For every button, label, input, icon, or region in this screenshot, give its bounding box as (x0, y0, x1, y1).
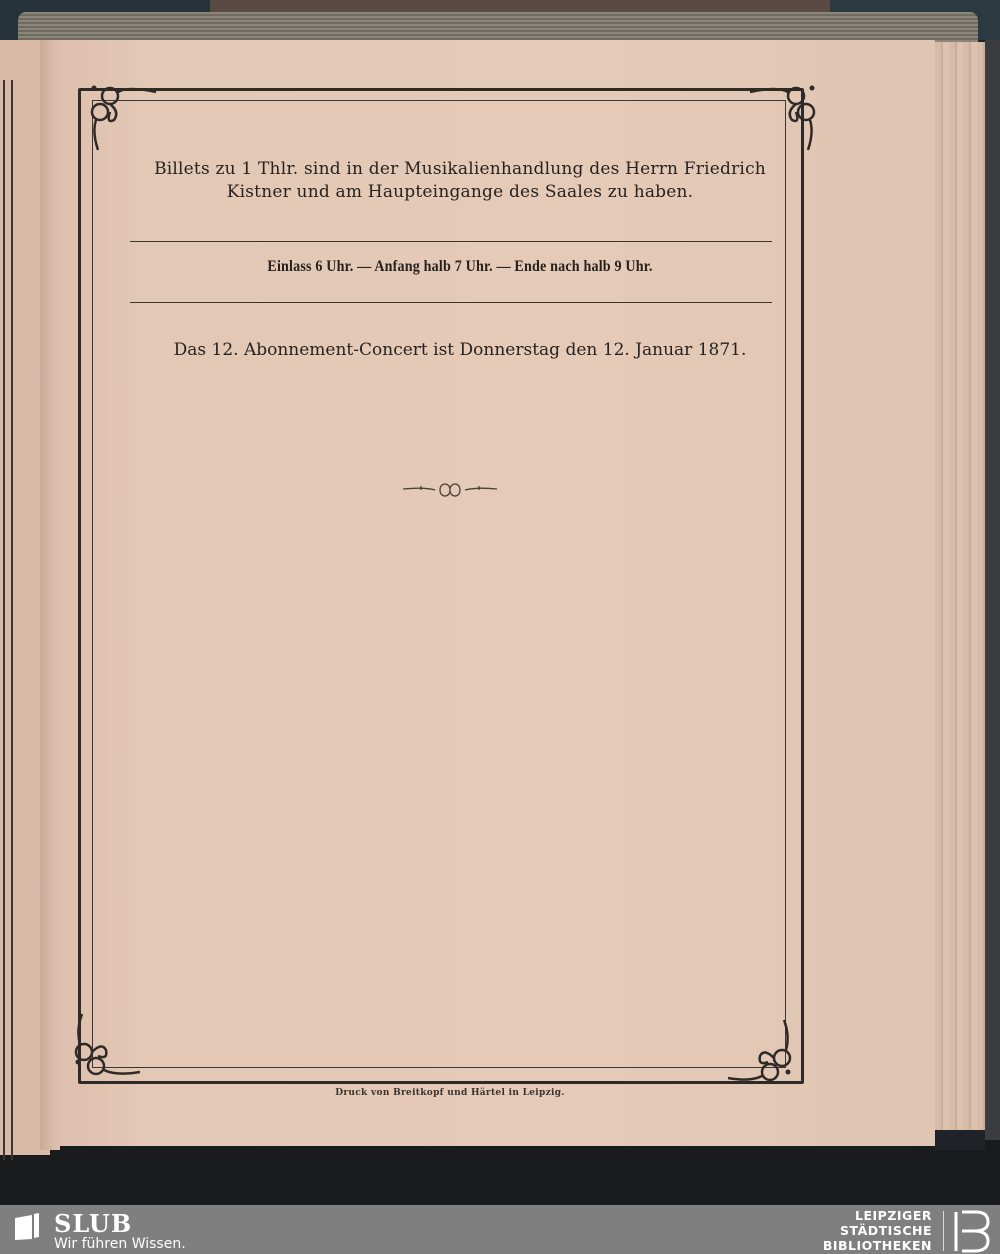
page-fore-edges (935, 42, 985, 1142)
scanned-book-photo: Billets zu 1 Thlr. sind in der Musikalie… (0, 0, 1000, 1205)
divider-rule (130, 241, 772, 242)
background-edge (985, 40, 1000, 1160)
slub-tagline: Wir führen Wissen. (54, 1236, 186, 1252)
flourish-corner-top-left-icon (88, 82, 158, 152)
footer-bar: SLUB Wir führen Wissen. LEIPZIGER STÄDTI… (0, 1205, 1000, 1254)
left-page-frame-line (3, 80, 5, 1160)
brand-separator (943, 1211, 944, 1251)
divider-rule (130, 302, 772, 303)
brand-line: BIBLIOTHEKEN (823, 1238, 932, 1253)
slub-logo-icon (14, 1213, 40, 1241)
brand-line: LEIPZIGER (823, 1208, 932, 1223)
flourish-corner-bottom-right-icon (728, 1018, 798, 1088)
printer-imprint: Druck von Breitkopf und Härtel in Leipzi… (280, 1088, 620, 1098)
decorative-frame-inner (92, 100, 786, 1068)
leipzig-libraries-brand: LEIPZIGER STÄDTISCHE BIBLIOTHEKEN (823, 1208, 932, 1253)
next-concert-notice: Das 12. Abonnement-Concert ist Donnersta… (120, 340, 800, 360)
brand-line: STÄDTISCHE (823, 1223, 932, 1238)
flourish-corner-top-right-icon (748, 82, 818, 152)
flourish-corner-bottom-left-icon (70, 1012, 140, 1082)
slub-brand: SLUB (54, 1209, 132, 1238)
ornamental-divider-icon (395, 478, 505, 498)
shadow (935, 1130, 985, 1150)
left-page-frame-line (11, 80, 13, 1160)
background-table (0, 1140, 1000, 1205)
tickets-notice: Billets zu 1 Thlr. sind in der Musikalie… (120, 158, 800, 204)
admission-hours: Einlass 6 Uhr. — Anfang halb 7 Uhr. — En… (161, 258, 759, 276)
leipzig-libraries-logo-icon (952, 1209, 992, 1254)
